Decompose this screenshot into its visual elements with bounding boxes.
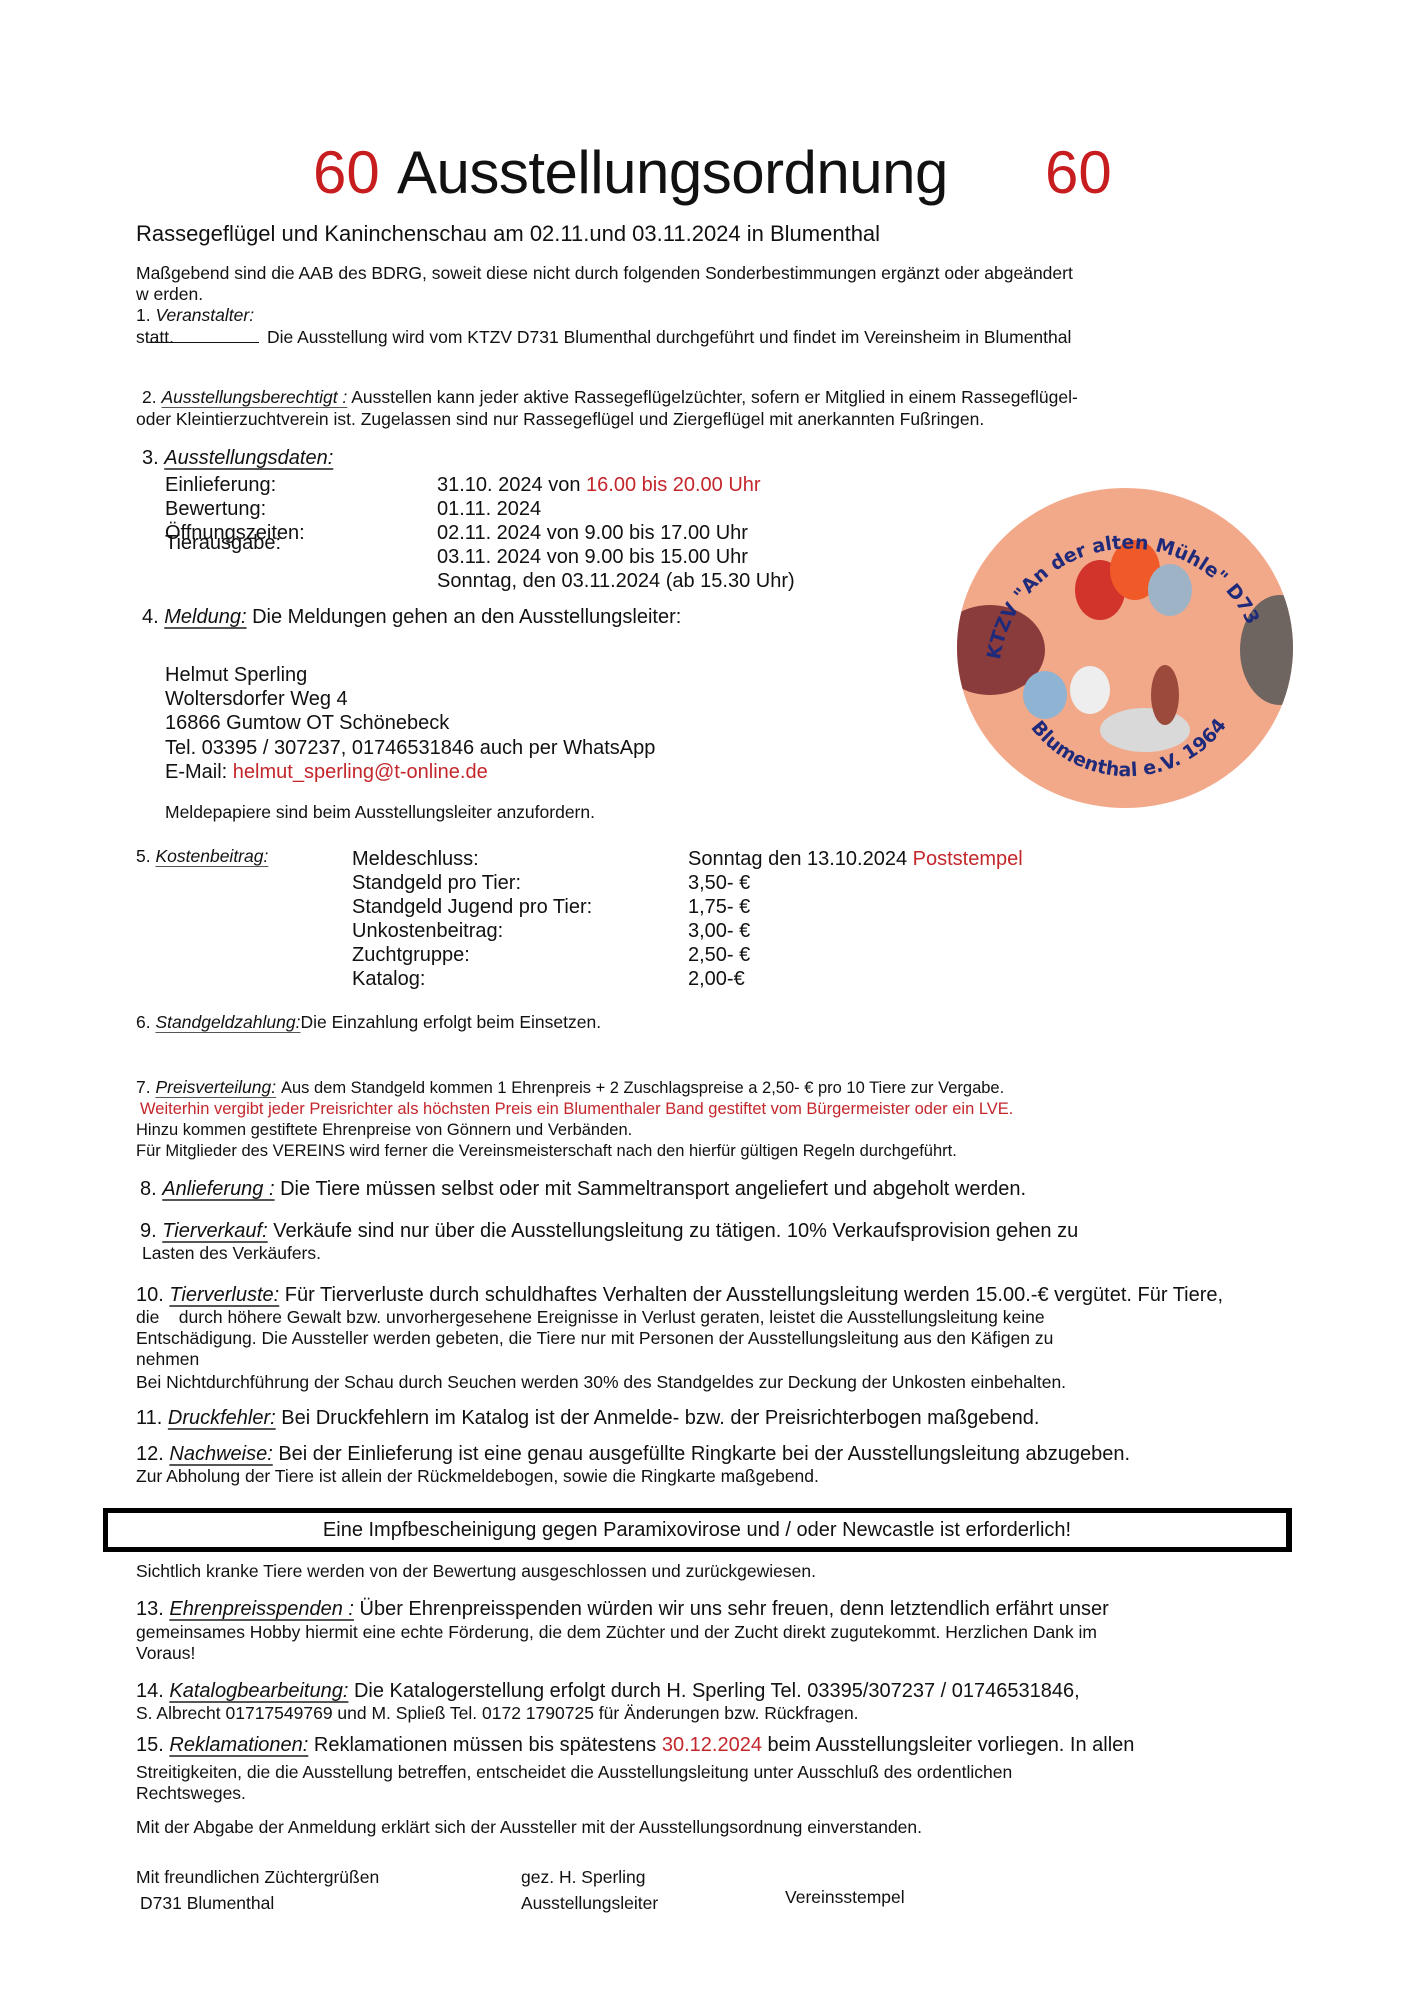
section-7-line4: Für Mitglieder des VEREINS wird ferner d… (136, 1142, 957, 1161)
club-stamp-label: Vereinsstempel (785, 1887, 905, 1908)
contact-phone: Tel. 03395 / 307237, 01746531846 auch pe… (165, 737, 655, 760)
subtitle: Rassegeflügel und Kaninchenschau am 02.1… (136, 221, 880, 247)
sick-animals-note: Sichtlich kranke Tiere werden von der Be… (136, 1561, 816, 1582)
section-15-line2: Streitigkeiten, die die Ausstellung betr… (136, 1762, 1012, 1783)
section-text: Die Meldungen gehen an den Ausstellungsl… (252, 606, 681, 628)
signature-club: D731 Blumenthal (140, 1893, 274, 1914)
section-text: Die Tiere müssen selbst oder mit Sammelt… (280, 1178, 1026, 1200)
value-text: 2,50- € (688, 944, 750, 966)
title-number-left: 60 (313, 138, 380, 208)
section-label: Ehrenpreisspenden : (169, 1598, 354, 1620)
contact-city: 16866 Gumtow OT Schönebeck (165, 712, 449, 735)
section-text: Ausstellen kann jeder aktive Rassegeflüg… (351, 387, 1078, 407)
section-text: Die Einzahlung erfolgt beim Einsetzen. (300, 1012, 601, 1032)
underline-blank (149, 342, 259, 343)
row-value: 03.11. 2024 von 9.00 bis 15.00 Uhr (437, 546, 748, 569)
section-7-line3: Hinzu kommen gestiftete Ehrenpreise von … (136, 1121, 632, 1140)
email-label: E-Mail: (165, 761, 233, 783)
section-5-heading: 5. Kostenbeitrag: (136, 846, 268, 867)
vaccination-notice: Eine Impfbescheinigung gegen Paramixovir… (103, 1508, 1292, 1552)
section-text: Reklamationen müssen bis spätestens (314, 1734, 662, 1756)
section-label: Tierverkauf: (162, 1220, 267, 1242)
registration-note: Meldepapiere sind beim Ausstellungsleite… (165, 802, 595, 823)
deadline-date: 30.12.2024 (662, 1734, 762, 1756)
value-text: 31.10. 2024 von (437, 474, 586, 496)
row-value: 31.10. 2024 von 16.00 bis 20.00 Uhr (437, 474, 761, 497)
value-text: 03.11. 2024 von 9.00 bis 15.00 Uhr (437, 546, 748, 568)
value-text: Sonntag den 13.10.2024 (688, 848, 913, 870)
row-label: Bewertung: (165, 498, 266, 521)
section-13-line2: gemeinsames Hobby hiermit eine echte För… (136, 1622, 1097, 1643)
section-text: Verkäufe sind nur über die Ausstellungsl… (273, 1220, 1078, 1242)
section-label: Katalogbearbeitung: (169, 1680, 348, 1702)
section-text: Aus dem Standgeld kommen 1 Ehrenpreis + … (281, 1079, 1004, 1097)
section-label: Nachweise: (169, 1443, 272, 1465)
section-number: 1. (136, 305, 151, 325)
row-value: 01.11. 2024 (437, 498, 541, 521)
section-label: Anlieferung : (162, 1178, 274, 1200)
signature-signed: gez. H. Sperling (521, 1867, 646, 1888)
value-text: 1,75- € (688, 896, 750, 918)
organizer-text: Die Ausstellung wird vom KTZV D731 Blume… (267, 327, 1071, 347)
section-number: 12. (136, 1443, 164, 1465)
row-value: 2,50- € (688, 944, 750, 967)
value-text: 2,00-€ (688, 968, 745, 990)
section-10-line1: 10. Tierverluste: Für Tierverluste durch… (136, 1284, 1223, 1307)
section-14-line2: S. Albrecht 01717549769 und M. Spließ Te… (136, 1703, 859, 1724)
row-label: Meldeschluss: (352, 848, 479, 871)
row-value: 02.11. 2024 von 9.00 bis 17.00 Uhr (437, 522, 748, 545)
section-text: Die Katalogerstellung erfolgt durch H. S… (354, 1680, 1080, 1702)
section-number: 14. (136, 1680, 164, 1702)
contact-email-row: E-Mail: helmut_sperling@t-online.de (165, 761, 488, 784)
row-value: 3,50- € (688, 872, 750, 895)
section-number: 4. (142, 606, 159, 628)
section-11: 11. Druckfehler: Bei Druckfehlern im Kat… (136, 1407, 1039, 1430)
section-text: Bei der Einlieferung ist eine genau ausg… (278, 1443, 1130, 1465)
section-label: Veranstalter: (155, 305, 254, 325)
section-12-line2: Zur Abholung der Tiere ist allein der Rü… (136, 1466, 819, 1487)
section-number: 8. (140, 1178, 157, 1200)
value-text: 02.11. 2024 von 9.00 bis 17.00 Uhr (437, 522, 748, 544)
section-8: 8. Anlieferung : Die Tiere müssen selbst… (140, 1178, 1026, 1201)
section-label: Reklamationen: (169, 1734, 308, 1756)
section-number: 6. (136, 1012, 151, 1032)
section-number: 13. (136, 1598, 164, 1620)
email-link[interactable]: helmut_sperling@t-online.de (233, 761, 488, 783)
row-label: Katalog: (352, 968, 425, 991)
value-highlight: Poststempel (913, 848, 1023, 870)
section-4-heading: 4. Meldung: Die Meldungen gehen an den A… (142, 606, 681, 629)
section-15-line3: Rechtsweges. (136, 1783, 246, 1804)
intro-line2: w erden. (136, 284, 203, 305)
section-number: 5. (136, 846, 151, 866)
section-13-line3: Voraus! (136, 1643, 195, 1664)
contact-street: Woltersdorfer Weg 4 (165, 688, 348, 711)
row-label: Unkostenbeitrag: (352, 920, 503, 943)
row-label: Standgeld Jugend pro Tier: (352, 896, 592, 919)
statt-text: statt. (136, 327, 174, 347)
signature-role: Ausstellungsleiter (521, 1893, 658, 1914)
section-9-line2: Lasten des Verkäufers. (142, 1243, 321, 1264)
section-10-line5: Bei Nichtdurchführung der Schau durch Se… (136, 1372, 1066, 1393)
section-label: Ausstellungsdaten: (164, 447, 333, 469)
row-value: 1,75- € (688, 896, 750, 919)
section-15-line1: 15. Reklamationen: Reklamationen müssen … (136, 1734, 1134, 1757)
agreement-text: Mit der Abgabe der Anmeldung erklärt sic… (136, 1817, 922, 1838)
section-10-line4: nehmen (136, 1349, 199, 1370)
section-text: Für Tierverluste durch schuldhaftes Verh… (285, 1284, 1223, 1306)
section-number: 10. (136, 1284, 164, 1306)
section-3-heading: 3. Ausstellungsdaten: (142, 447, 333, 470)
section-number: 7. (136, 1077, 151, 1097)
row-label: Zuchtgruppe: (352, 944, 470, 967)
section-10-line2: die durch höhere Gewalt bzw. unvorherges… (136, 1307, 1045, 1328)
section-label: Druckfehler: (168, 1407, 276, 1429)
section-6: 6. Standgeldzahlung:Die Einzahlung erfol… (136, 1012, 601, 1033)
section-number: 3. (142, 447, 159, 469)
section-7-line1: 7. Preisverteilung: Aus dem Standgeld ko… (136, 1077, 1004, 1098)
row-value: 3,00- € (688, 920, 750, 943)
section-label: Ausstellungsberechtigt : (161, 387, 347, 407)
section-2-line2: oder Kleintierzuchtverein ist. Zugelasse… (136, 409, 984, 430)
row-value: 2,00-€ (688, 968, 745, 991)
section-9-line1: 9. Tierverkauf: Verkäufe sind nur über d… (140, 1220, 1078, 1243)
section-number: 9. (140, 1220, 157, 1242)
section-text: Bei Druckfehlern im Katalog ist der Anme… (281, 1407, 1039, 1429)
signature-greeting: Mit freundlichen Züchtergrüßen (136, 1867, 379, 1888)
value-text: 01.11. 2024 (437, 498, 541, 520)
section-2-line1: 2. Ausstellungsberechtigt : Ausstellen k… (142, 387, 1078, 408)
row-value: Sonntag den 13.10.2024 Poststempel (688, 848, 1023, 871)
row-label: Standgeld pro Tier: (352, 872, 521, 895)
section-10-line3: Entschädigung. Die Aussteller werden geb… (136, 1328, 1053, 1349)
intro-line1: Maßgebend sind die AAB des BDRG, soweit … (136, 263, 1073, 284)
section-number: 2. (142, 387, 157, 407)
section-text: beim Ausstellungsleiter vorliegen. In al… (762, 1734, 1134, 1756)
contact-name: Helmut Sperling (165, 664, 307, 687)
row-label: Tierausgabe: (165, 532, 281, 555)
value-text: 3,50- € (688, 872, 750, 894)
row-value: Sonntag, den 03.11.2024 (ab 15.30 Uhr) (437, 570, 795, 593)
club-logo: KTZV "An der alten Mühle" D731 Blumentha… (950, 480, 1300, 820)
row-label: Einlieferung: (165, 474, 276, 497)
section-number: 15. (136, 1734, 164, 1756)
title-text: Ausstellungsordnung (397, 138, 948, 208)
value-text: 3,00- € (688, 920, 750, 942)
section-14-line1: 14. Katalogbearbeitung: Die Katalogerste… (136, 1680, 1080, 1703)
section-number: 11. (136, 1407, 162, 1429)
value-text: Sonntag, den 03.11.2024 (ab 15.30 Uhr) (437, 570, 795, 592)
section-label: Standgeldzahlung: (155, 1012, 300, 1032)
section-1-heading: 1. Veranstalter: (136, 305, 254, 326)
section-7-line2: Weiterhin vergibt jeder Preisrichter als… (140, 1100, 1013, 1119)
title-number-right: 60 (1045, 138, 1112, 208)
section-label: Preisverteilung: (155, 1077, 276, 1097)
section-13-line1: 13. Ehrenpreisspenden : Über Ehrenpreiss… (136, 1598, 1109, 1621)
section-label: Kostenbeitrag: (155, 846, 268, 866)
section-12-line1: 12. Nachweise: Bei der Einlieferung ist … (136, 1443, 1130, 1466)
section-label: Tierverluste: (169, 1284, 279, 1306)
value-highlight: 16.00 bis 20.00 Uhr (586, 474, 761, 496)
section-label: Meldung: (164, 606, 246, 628)
section-text: Über Ehrenpreisspenden würden wir uns se… (360, 1598, 1109, 1620)
section-1-text: statt.Die Ausstellung wird vom KTZV D731… (136, 327, 1071, 348)
